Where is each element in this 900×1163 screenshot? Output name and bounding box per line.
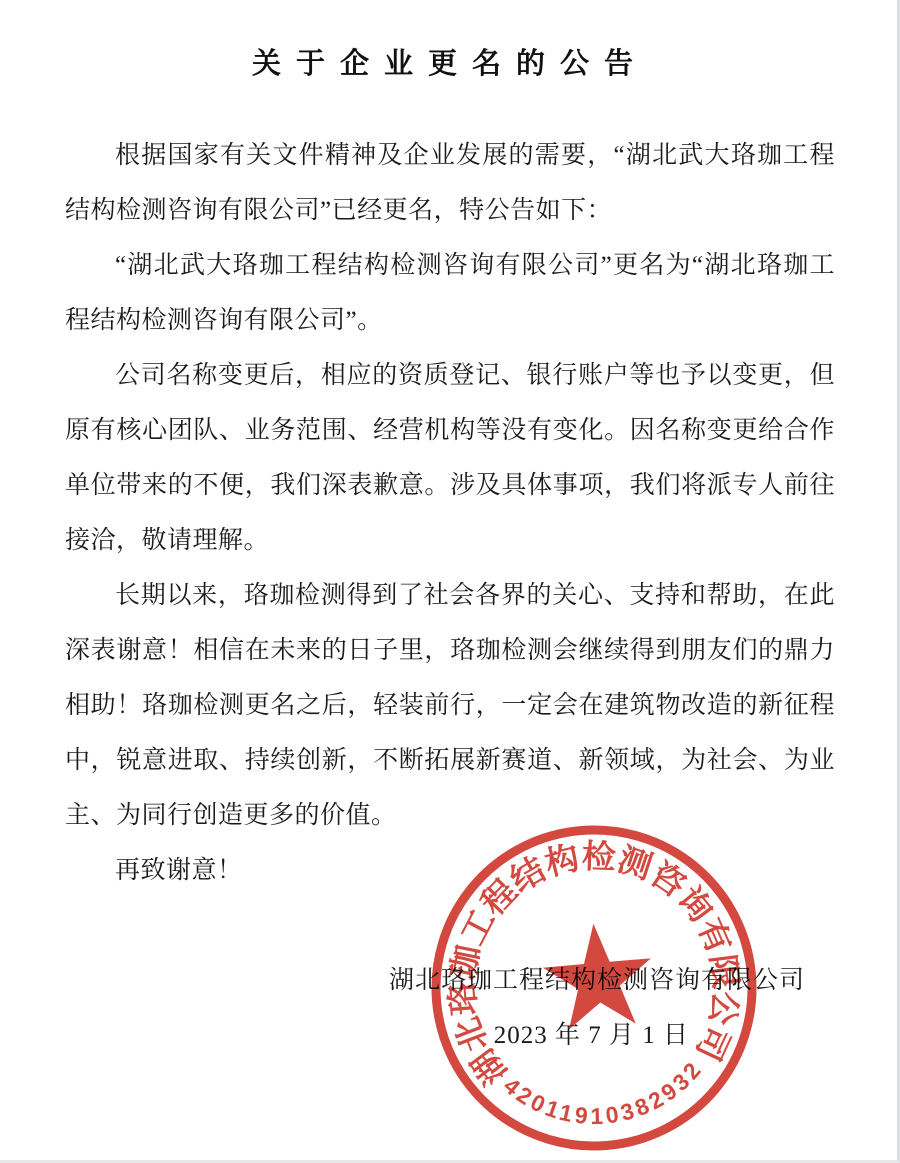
paragraph: 根据国家有关文件精神及企业发展的需要，“湖北武大珞珈工程结构检测咨询有限公司”已… — [65, 128, 835, 238]
document-page: 关于企业更名的公告 根据国家有关文件精神及企业发展的需要，“湖北武大珞珈工程结构… — [0, 0, 900, 1163]
paragraph: 公司名称变更后，相应的资质登记、银行账户等也予以变更，但原有核心团队、业务范围、… — [65, 348, 835, 568]
paragraph: 再致谢意！ — [65, 843, 835, 898]
seal-code: 42011910382932 — [497, 1056, 709, 1138]
page-title: 关于企业更名的公告 — [65, 40, 835, 88]
paragraph: “湖北武大珞珈工程结构检测咨询有限公司”更名为“湖北珞珈工程结构检测咨询有限公司… — [65, 238, 835, 348]
paragraph: 长期以来，珞珈检测得到了社会各界的关心、支持和帮助，在此深表谢意！相信在未来的日… — [65, 568, 835, 843]
seal-code-wrap: 42011910382932 — [497, 1056, 709, 1138]
signature-date: 2023 年 7 月 1 日 — [65, 1008, 835, 1063]
document-body: 根据国家有关文件精神及企业发展的需要，“湖北武大珞珈工程结构检测咨询有限公司”已… — [65, 128, 835, 898]
signature-company: 湖北珞珈工程结构检测咨询有限公司 — [65, 953, 835, 1008]
document-content: 关于企业更名的公告 根据国家有关文件精神及企业发展的需要，“湖北武大珞珈工程结构… — [0, 0, 897, 1063]
